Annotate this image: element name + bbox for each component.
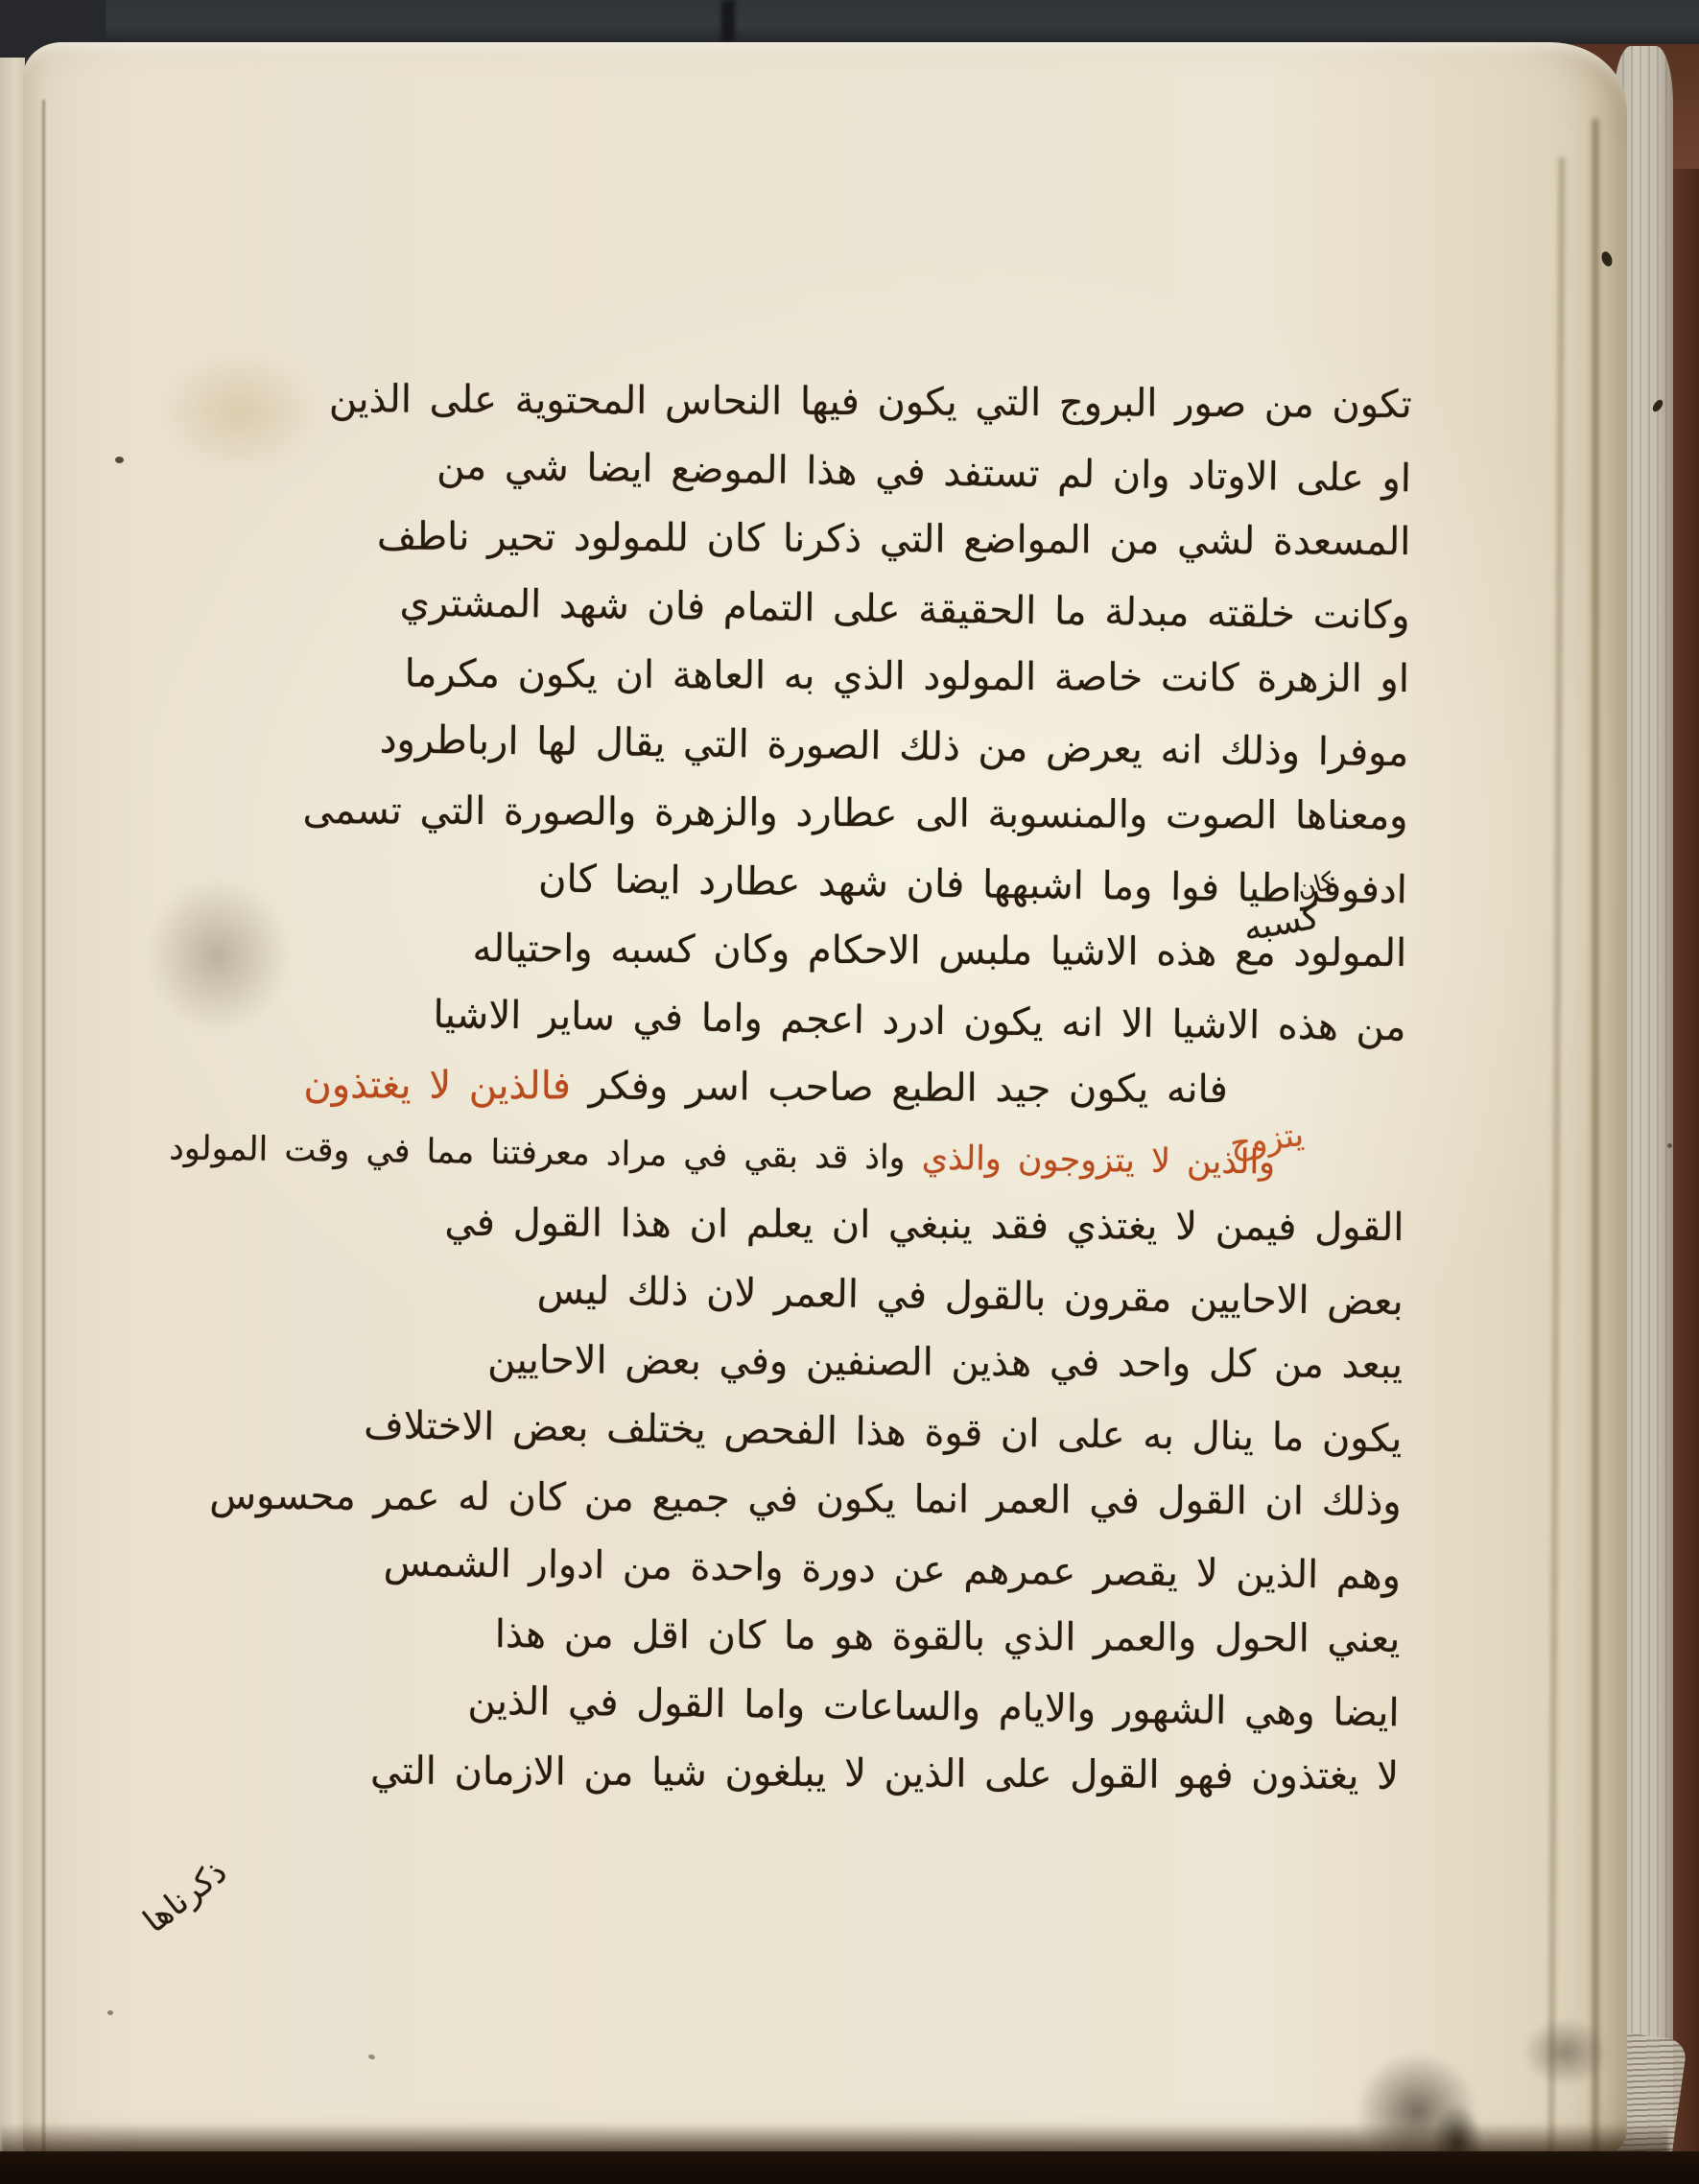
manuscript-photo: تكون من صور البروج التي يكون فيها النحاس… bbox=[0, 0, 1699, 2184]
stain bbox=[1508, 2007, 1623, 2098]
ink-speck bbox=[107, 2010, 113, 2015]
text-segment: فانه يكون جيد الطبع صاحب اسر وفكر bbox=[589, 1065, 1228, 1112]
text-segment: واذ قد بقي في مراد معرفتنا مما في وقت ال… bbox=[169, 1129, 906, 1177]
ink-speck bbox=[1667, 1143, 1672, 1148]
background-notch bbox=[721, 0, 735, 42]
text-line: او على الاوتاد وان لم تستفد في هذا الموض… bbox=[141, 428, 1412, 513]
ink-speck bbox=[115, 457, 124, 463]
text-line: ومعناها الصوت والمنسوبة الى عطارد والزهر… bbox=[137, 776, 1407, 851]
underlying-page-edge bbox=[0, 44, 25, 2160]
rubric-text: فالذين لا يغتذون bbox=[303, 1063, 571, 1108]
text-line: والذين لا يتزوجون والذي واذ قد بقي في مر… bbox=[134, 1114, 1405, 1199]
text-line: يبعد من كل واحد في هذين الصنفين وفي بعض … bbox=[132, 1325, 1403, 1399]
ink-speck bbox=[1600, 250, 1615, 268]
gutter-crease bbox=[1549, 157, 1565, 2152]
ink-speck bbox=[367, 2054, 375, 2060]
text-line: فانه يكون جيد الطبع صاحب اسر وفكر فالذين… bbox=[135, 1050, 1405, 1125]
gutter-crease bbox=[1593, 119, 1598, 2172]
text-line: القول فيمن لا يغتذي فقد ينبغي ان يعلم ان… bbox=[133, 1187, 1404, 1262]
page-crease bbox=[42, 100, 45, 2184]
text-line: ادفوفراطيا فوا وما اشبهها فان شهد عطارد … bbox=[136, 839, 1407, 925]
text-line: وذلك ان القول في العمر انما يكون في جميع… bbox=[131, 1462, 1402, 1537]
background-bottom bbox=[0, 2151, 1699, 2184]
text-line: لا يغتذون فهو القول على الذين لا يبلغون … bbox=[129, 1736, 1399, 1811]
text-line: المولود مع هذه الاشيا ملبس الاحكام وكان … bbox=[136, 913, 1406, 988]
text-line: موفرا وذلك انه يعرض من ذلك الصورة التي ي… bbox=[138, 702, 1409, 787]
text-line: يكون ما ينال به على ان قوة هذا الفحص يخت… bbox=[131, 1388, 1403, 1473]
text-line: المسعدة لشي من المواضع التي ذكرنا كان لل… bbox=[140, 502, 1410, 576]
rubric-text: والذين لا يتزوجون والذي bbox=[921, 1139, 1275, 1182]
text-line: تكون من صور البروج التي يكون فيها النحاس… bbox=[142, 364, 1412, 439]
text-line: او الزهرة كانت خاصة المولود الذي به العا… bbox=[139, 639, 1409, 714]
text-line: يعني الحول والعمر الذي بالقوة هو ما كان … bbox=[130, 1599, 1400, 1674]
background-top bbox=[0, 0, 1699, 44]
text-line: ايضا وهي الشهور والايام والساعات واما ال… bbox=[129, 1662, 1400, 1748]
text-line: بعض الاحايين مقرون بالقول في العمر لان ذ… bbox=[132, 1251, 1404, 1336]
text-line: من هذه الاشيا الا انه يكون ادرد اعجم وام… bbox=[135, 976, 1406, 1062]
text-line: وكانت خلقته مبدلة ما الحقيقة على التمام … bbox=[139, 565, 1410, 650]
main-text-block: تكون من صور البروج التي يكون فيها النحاس… bbox=[129, 362, 1412, 1814]
text-line: وهم الذين لا يقصر عمرهم عن دورة واحدة من… bbox=[130, 1525, 1402, 1610]
